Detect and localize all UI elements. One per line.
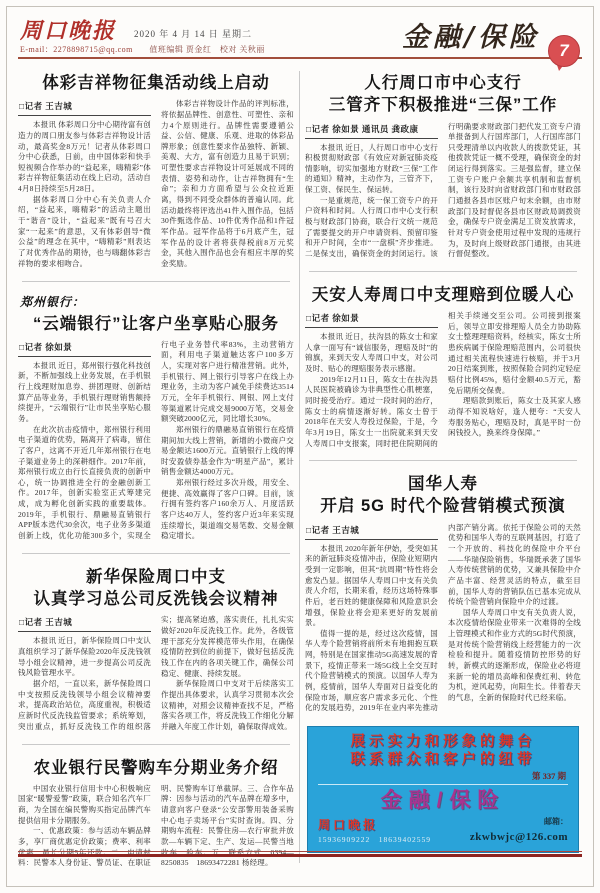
page-number: 7 <box>559 41 568 61</box>
headline-line: 体彩吉祥物征集活动线上启动 <box>18 72 294 94</box>
article-headline: 新华保险周口中支认真学习总公司反洗钱会议精神 <box>18 566 294 611</box>
article-paragraph: 中国农业银行信用卡中心积极响应国家“暖警爱警”政策，联合知名汽车厂商，为全国在编… <box>18 784 151 827</box>
headline-line: 开启 5G 时代个险营销模式预演 <box>305 495 581 517</box>
article: 郑州银行：“云端银行”让客户坐享贴心服务□记者 徐如景本报讯 近日，郑州银行强化… <box>18 289 294 546</box>
ad-slogan-line-1: 展示实力和形象的舞台 <box>318 733 568 751</box>
article: 体彩吉祥物征集活动线上启动□记者 王吉城本报讯 体彩周口分中心期待富有创造力的周… <box>18 67 294 274</box>
bottom-rules <box>18 851 582 857</box>
masthead-info-line: E-mail：2278898715@qq.com 值班编辑 贾金红 校对 关秋丽 <box>20 44 265 55</box>
ad-email-label: 邮箱： <box>470 816 568 827</box>
article-paragraph: 郑州银行的鼎融易直销银行在疫情期间加大线上营销，新增的小微商户交易金额达1600… <box>161 425 294 478</box>
article-body: □记者 王吉城本报讯 2020年新年伊始，受突如其来的新冠肺炎疫情冲击，保险业短… <box>305 523 581 714</box>
headline-line: “云端银行”让客户坐享贴心服务 <box>18 313 294 335</box>
article-paragraph: 据体彩周口分中心有关负责人介绍，“益起来，嗨精彩”的活动主题出于“谐音”设计，“… <box>18 195 151 269</box>
contact-email: E-mail：2278898715@qq.com <box>20 45 133 54</box>
headline-line: 农业银行民警购车分期业务介绍 <box>18 757 294 779</box>
newspaper-logo: 周口晚报 <box>20 20 116 42</box>
right-column-articles: 人行周口市中心支行三管齐下积极推进“三保”工作□记者 徐如景 通讯员 龚政康本报… <box>305 67 581 873</box>
article: 国华人寿开启 5G 时代个险营销模式预演□记者 王吉城本报讯 2020年新年伊始… <box>305 468 581 718</box>
headline-line: 天安人寿周口中支理赔到位暖人心 <box>305 284 581 306</box>
article-body: □记者 王吉城本报讯 体彩周口分中心期待富有创造力的周口朋友参与体彩吉祥物设计活… <box>18 99 294 269</box>
article-byline: □记者 王吉城 <box>18 99 151 116</box>
masthead-left: 周口晚报 2020 年 4 月 14 日 星期二 E-mail：22788987… <box>20 20 265 55</box>
ad-email-address: zkwbwjc@126.com <box>470 831 568 843</box>
article-headline: 天安人寿周口中支理赔到位暖人心 <box>305 284 581 306</box>
headline-line: 人行周口市中心支行 <box>305 72 581 94</box>
masthead: 周口晚报 2020 年 4 月 14 日 星期二 E-mail：22788987… <box>18 14 582 55</box>
page-inner: 周口晚报 2020 年 4 月 14 日 星期二 E-mail：22788987… <box>0 0 600 893</box>
article-byline: □记者 王吉城 <box>305 523 438 540</box>
left-column-articles: 体彩吉祥物征集活动线上启动□记者 王吉城本报讯 体彩周口分中心期待富有创造力的周… <box>18 67 294 873</box>
headline-line: 国华人寿 <box>305 473 581 495</box>
ad-box: 展示实力和形象的舞台 联系群众和客户的纽带 第 337 期 金融/保险 周口晚报… <box>307 726 579 853</box>
article-body: □记者 徐如景本报讯 近日，扶沟县的陈女士和家人拿一面写有“诚信服务，理赔及时”… <box>305 311 581 449</box>
article-paragraph: 本报讯 近日，郑州银行强化科技创新，不断加强线上业务发展，在手机银行上线理财加息… <box>18 361 151 425</box>
article-paragraph: 郑州银行经过多次升级，用安全、便捷、高效赢得了客户口碑。目前，该行拥有签约客户1… <box>161 478 294 542</box>
article-headline: “云端银行”让客户坐享贴心服务 <box>18 313 294 335</box>
article-byline: □记者 王吉城 <box>18 615 151 632</box>
newspaper-page: 周口晚报 2020 年 4 月 14 日 星期二 E-mail：22788987… <box>0 0 600 893</box>
bottom-rule-thin <box>18 851 582 852</box>
article: 人行周口市中心支行三管齐下积极推进“三保”工作□记者 徐如景 通讯员 龚政康本报… <box>305 67 581 264</box>
column-divider <box>299 71 300 863</box>
article-kicker: 郑州银行： <box>20 293 294 310</box>
ad-contact-left: 周口晚报 15936909222 18639402559 <box>318 816 431 845</box>
article-separator <box>309 271 577 272</box>
publication-date: 2020 年 4 月 14 日 星期二 <box>134 27 252 42</box>
article-paragraph: 新华保险周口中支对于后续落实工作提出具体要求，认真学习贯彻本次会议精神，对照会议… <box>161 679 294 732</box>
article-separator <box>309 460 577 461</box>
ad-contact-row: 周口晚报 15936909222 18639402559 邮箱： zkwbwjc… <box>318 816 568 845</box>
ad-slogan-line-2: 联系群众和客户的纽带 <box>318 751 568 769</box>
ad-contact-right: 邮箱： zkwbwjc@126.com <box>470 816 568 845</box>
ad-divider <box>318 784 568 785</box>
ad-brand-name: 周口晚报 <box>318 816 431 833</box>
article-paragraph: 本报讯 体彩周口分中心期待富有创造力的周口朋友参与体彩吉祥物设计活动，最高奖金8… <box>18 120 151 194</box>
section-title: 金融/保险 <box>402 24 540 55</box>
masthead-top-row: 周口晚报 2020 年 4 月 14 日 星期二 <box>20 20 265 42</box>
article-body: □记者 徐如景 通讯员 龚政康本报讯 近日，人行周口市中心支行积极贯彻财政部《有… <box>305 122 581 260</box>
article: 新华保险周口中支认真学习总公司反洗钱会议精神□记者 王吉城本报讯 近日，新华保险… <box>18 561 294 737</box>
bottom-rule-thick <box>18 854 582 857</box>
article-byline: □记者 徐如景 <box>305 311 438 328</box>
ad-section-title: 金融/保险 <box>318 788 568 813</box>
article-paragraph: 理赔款到账后，陈女士及其家人感动得不知说啥好，逢人便夸：“天安人寿服务贴心，理赔… <box>448 396 581 439</box>
article-paragraph: 本报讯 2020年新年伊始，受突如其来的新冠肺炎疫情冲击，保险业短期内受到一定影… <box>305 544 438 629</box>
ad-phone-numbers: 15936909222 18639402559 <box>318 834 431 845</box>
page-number-badge: 7 <box>548 35 580 67</box>
article: 天安人寿周口中支理赔到位暖人心□记者 徐如景本报讯 近日，扶沟县的陈女士和家人拿… <box>305 279 581 453</box>
header-rule <box>18 57 582 59</box>
headline-line: 认真学习总公司反洗钱会议精神 <box>18 588 294 610</box>
article-byline: □记者 徐如景 <box>18 340 151 357</box>
article-paragraph: 国华人寿周口中支有关负责人说，本次疫情给保险业带来一次难得的全线上管理模式和作业… <box>448 608 581 704</box>
masthead-right: 金融/保险 7 <box>402 24 580 55</box>
headline-line: 新华保险周口中支 <box>18 566 294 588</box>
page-number-pin-icon: 7 <box>548 35 580 67</box>
article-paragraph: 体彩吉祥物设计作品的评判标准，将依据品牌性、创意性、可塑性、亲和力4个原则进行。… <box>161 99 294 269</box>
headline-line: 三管齐下积极推进“三保”工作 <box>305 94 581 116</box>
editor-staff-credits: 值班编辑 贾金红 校对 关秋丽 <box>149 45 265 54</box>
article-headline: 国华人寿开启 5G 时代个险营销模式预演 <box>305 473 581 518</box>
article-body: □记者 徐如景本报讯 近日，郑州银行强化科技创新，不断加强线上业务发展，在手机银… <box>18 340 294 542</box>
article-paragraph: 本报讯 近日，新华保险周口中支认真组织学习了新华保险2020年反洗钱领导小组会议… <box>18 636 151 679</box>
article-headline: 人行周口市中心支行三管齐下积极推进“三保”工作 <box>305 72 581 117</box>
article-separator <box>22 281 290 282</box>
main-content: 体彩吉祥物征集活动线上启动□记者 王吉城本报讯 体彩周口分中心期待富有创造力的周… <box>18 67 582 873</box>
ad-issue-number: 第 337 期 <box>318 770 566 782</box>
article-separator <box>22 744 290 745</box>
article-headline: 体彩吉祥物征集活动线上启动 <box>18 72 294 94</box>
article-separator <box>22 553 290 554</box>
article-body: □记者 王吉城本报讯 近日，新华保险周口中支认真组织学习了新华保险2020年反洗… <box>18 615 294 732</box>
article-paragraph: 本报讯 近日，人行周口市中心支行积极贯彻财政部《有效应对新冠肺炎疫情影响，切实加… <box>305 143 438 196</box>
article-byline: □记者 徐如景 通讯员 龚政康 <box>305 122 438 139</box>
article-headline: 农业银行民警购车分期业务介绍 <box>18 757 294 779</box>
article-paragraph: 本报讯 近日，扶沟县的陈女士和家人拿一面写有“诚信服务，理赔及时”的锦旗，来到天… <box>305 332 438 375</box>
